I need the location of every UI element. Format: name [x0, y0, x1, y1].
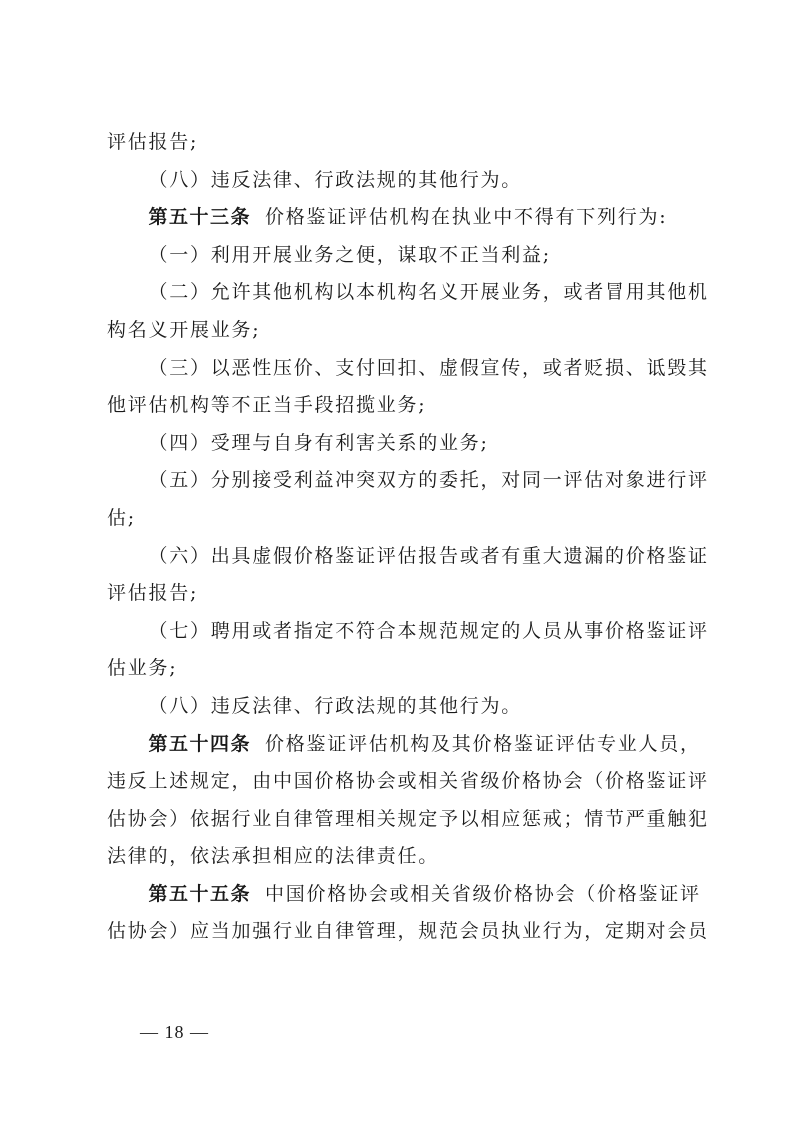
article-heading: 第五十三条 [149, 206, 252, 228]
list-item-8: （八）违反法律、行政法规的其他行为。 [107, 162, 689, 200]
list-item-4: （四）受理与自身有利害关系的业务; [107, 425, 689, 463]
text-line: 评估报告; [107, 575, 689, 613]
article-55: 第五十五条中国价格协会或相关省级价格协会（价格鉴证评 [107, 876, 689, 914]
list-item-3: （三）以恶性压价、支付回扣、虚假宣传，或者贬损、诋毁其 [107, 350, 689, 388]
article-text: 价格鉴证评估机构在执业中不得有下列行为: [265, 206, 667, 228]
article-text: 价格鉴证评估机构及其价格鉴证评估专业人员， [265, 733, 701, 755]
article-text: 中国价格协会或相关省级价格协会（价格鉴证评 [265, 883, 701, 905]
text-line: 构名义开展业务; [107, 312, 689, 350]
article-heading: 第五十五条 [149, 883, 252, 905]
text-line: 估协会）应当加强行业自律管理，规范会员执业行为，定期对会员 [107, 913, 689, 951]
article-heading: 第五十四条 [149, 733, 252, 755]
list-item-2: （二）允许其他机构以本机构名义开展业务，或者冒用其他机 [107, 274, 689, 312]
list-item-1: （一）利用开展业务之便，谋取不正当利益; [107, 237, 689, 275]
text-line: 估协会）依据行业自律管理相关规定予以相应惩戒；情节严重触犯 [107, 801, 689, 839]
list-item-7: （七）聘用或者指定不符合本规范规定的人员从事价格鉴证评 [107, 613, 689, 651]
document-page: 评估报告; （八）违反法律、行政法规的其他行为。 第五十三条价格鉴证评估机构在执… [107, 124, 689, 951]
article-54: 第五十四条价格鉴证评估机构及其价格鉴证评估专业人员， [107, 726, 689, 764]
text-line: 法律的，依法承担相应的法律责任。 [107, 838, 689, 876]
list-item-6: （六）出具虚假价格鉴证评估报告或者有重大遗漏的价格鉴证 [107, 538, 689, 576]
text-line: 评估报告; [107, 124, 689, 162]
page-number: — 18 — [140, 1022, 209, 1043]
list-item-5: （五）分别接受利益冲突双方的委托，对同一评估对象进行评 [107, 462, 689, 500]
text-line: 他评估机构等不正当手段招揽业务; [107, 387, 689, 425]
list-item-8: （八）违反法律、行政法规的其他行为。 [107, 688, 689, 726]
text-line: 估业务; [107, 650, 689, 688]
text-line: 估; [107, 500, 689, 538]
text-line: 违反上述规定，由中国价格协会或相关省级价格协会（价格鉴证评 [107, 763, 689, 801]
article-53: 第五十三条价格鉴证评估机构在执业中不得有下列行为: [107, 199, 689, 237]
